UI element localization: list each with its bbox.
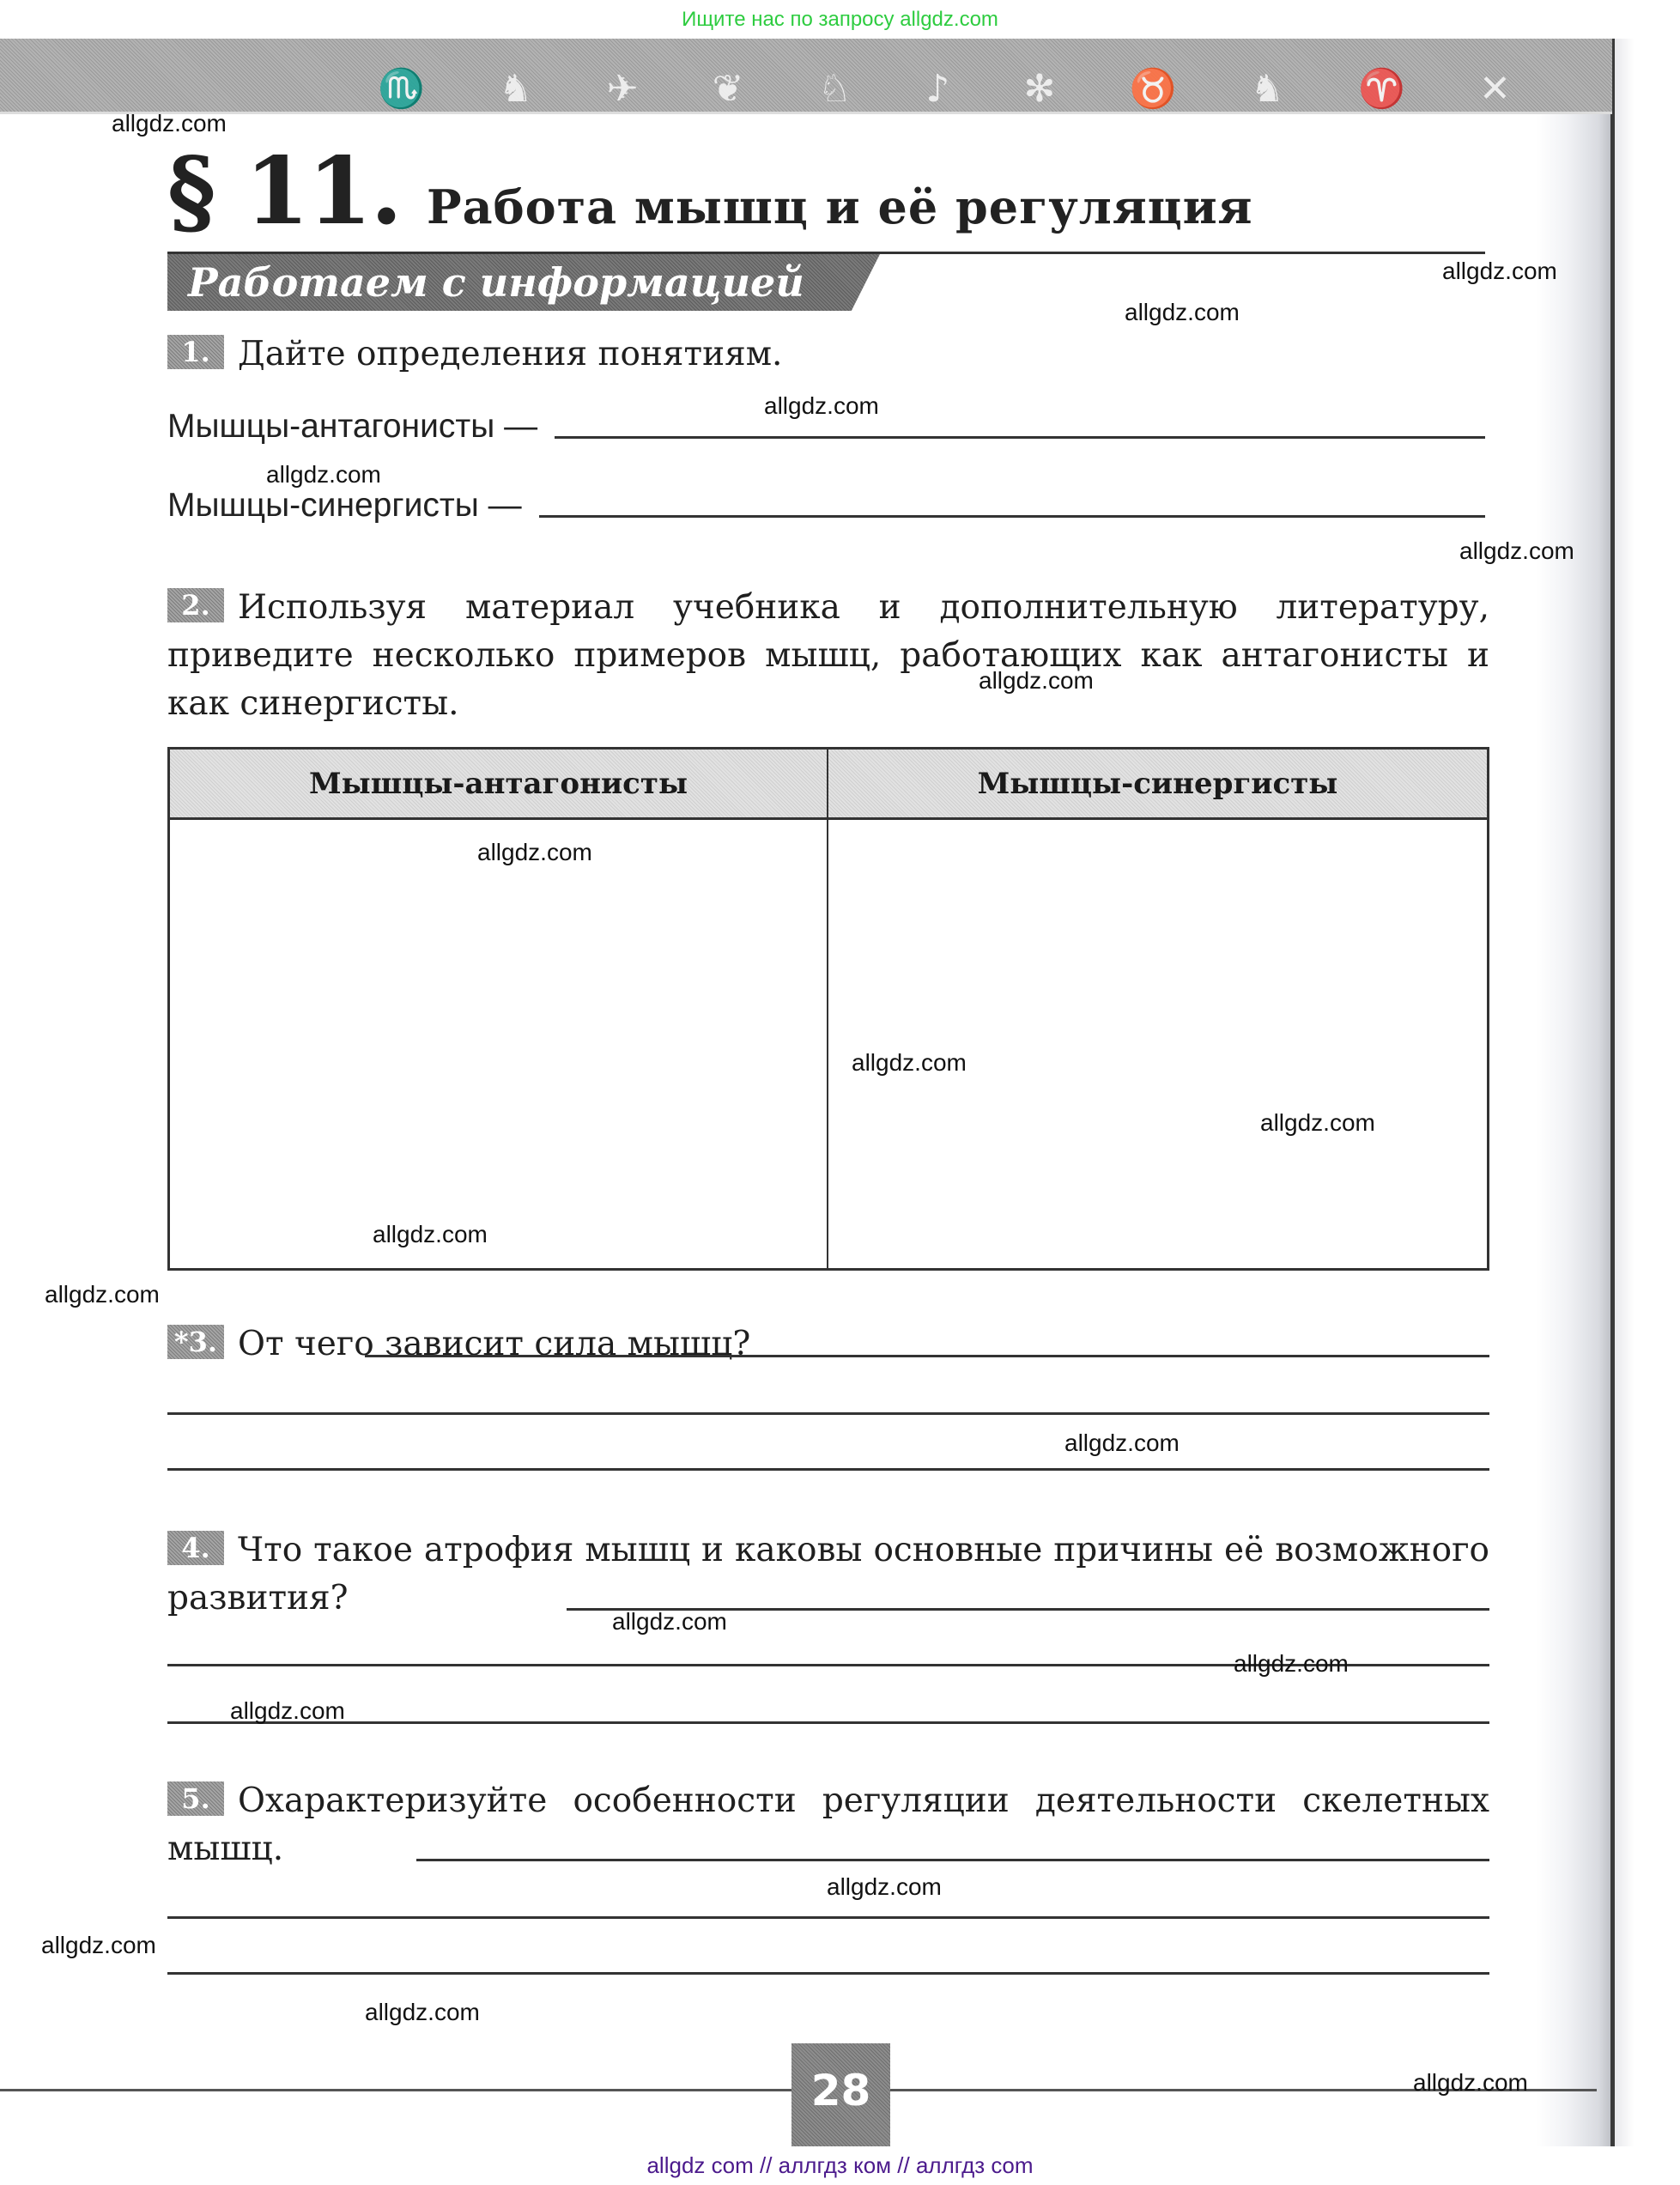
watermark: allgdz.com [41,1932,156,1959]
animal-icon: ♘ [818,70,852,108]
task-2-text: Используя материал учебника и дополнител… [167,588,1489,723]
cat-icon: ♞ [1250,70,1283,108]
task-3-answer-line-3[interactable] [167,1468,1489,1471]
section-label: Работаем с информацией [167,254,880,311]
task-3-answer-line-2[interactable] [167,1412,1489,1415]
watermark: allgdz.com [477,839,592,866]
task-1-text: Дайте определения понятиям. [238,335,782,373]
watermark: allgdz.com [1413,2069,1528,2097]
definition-synergists: Мышцы-синергисты — [167,487,1485,525]
watermark: allgdz.com [1459,537,1574,565]
task-4-text: Что такое атрофия мышц и каковы основные… [167,1531,1489,1618]
watermark: allgdz.com [612,1608,727,1636]
task-2: 2.Используя материал учебника и дополнит… [167,584,1489,728]
task-5-text: Охарактеризуйте особенности регуляции де… [167,1781,1489,1868]
task-5-answer-line-2[interactable] [167,1916,1489,1919]
task-1-badge: 1. [167,335,224,369]
watermark: allgdz.com [112,110,227,137]
section-rule [167,252,1485,254]
top-banner-ad[interactable]: Ищите нас по запросу allgdz.com [0,0,1680,39]
task-2-badge: 2. [167,588,224,622]
watermark: allgdz.com [230,1697,345,1725]
antelope-icon: ♈ [1358,70,1405,108]
seahorse-icon: ♪ [925,70,949,108]
watermark: allgdz.com [266,461,381,489]
table-cell-antagonists[interactable] [170,820,828,1268]
watermark: allgdz.com [1260,1109,1375,1137]
bull-icon: ♉ [1130,70,1177,108]
task-4-badge: 4. [167,1531,224,1565]
table-header-synergists: Мышцы-синергисты [828,750,1487,820]
task-5-badge: 5. [167,1781,224,1816]
table-cell-synergists[interactable] [828,820,1487,1268]
watermark: allgdz.com [365,1999,480,2026]
fish-icon: ❦ [713,70,744,108]
definition-term: Мышцы-синергисты — [167,487,522,525]
answer-line-synergists[interactable] [539,515,1485,518]
watermark: allgdz.com [373,1221,488,1248]
animal-silhouettes: ♏ ♞ ✈ ❦ ♘ ♪ ✻ ♉ ♞ ♈ ✕ [378,48,1511,108]
watermark: allgdz.com [852,1049,967,1077]
definition-term: Мышцы-антагонисты — [167,408,537,446]
bird-icon: ✈ [607,70,639,108]
scorpion-icon: ♏ [378,70,425,108]
insect-icon: ✻ [1023,70,1055,108]
right-page-edge [1615,39,1680,2146]
watermark: allgdz.com [45,1281,160,1308]
chapter-number: § 11. [167,137,401,246]
butterfly-icon: ✕ [1479,70,1511,108]
watermark: allgdz.com [1064,1429,1180,1457]
watermark: allgdz.com [979,667,1094,695]
page-number: 28 [791,2043,890,2146]
watermark: allgdz.com [764,392,879,420]
task-1: 1.Дайте определения понятиям. [167,331,1489,379]
chapter-heading: § 11. Работа мышц и её регуляция [167,137,1253,246]
task-3: *3.От чего зависит сила мышц? [167,1320,1489,1369]
watermark: allgdz.com [1234,1650,1349,1678]
answer-line-antagonists[interactable] [555,436,1485,439]
watermark: allgdz.com [827,1873,942,1901]
watermark: allgdz.com [1125,299,1240,326]
task-3-badge: *3. [167,1325,224,1359]
chapter-title: Работа мышц и её регуляция [427,179,1253,234]
task-3-answer-line-1[interactable] [365,1355,1489,1357]
muscle-examples-table: Мышцы-антагонисты Мышцы-синергисты [167,747,1489,1271]
book-spine-shadow [1537,39,1614,2146]
watermark: allgdz.com [1442,258,1557,285]
horse-icon: ♞ [499,70,532,108]
bottom-banner-ad[interactable]: allgdz com // аллгдз ком // аллгдз com [0,2146,1680,2185]
task-5-answer-line-1[interactable] [416,1859,1489,1861]
task-4-answer-line-3[interactable] [167,1721,1489,1724]
task-3-text: От чего зависит сила мышц? [238,1325,750,1363]
table-header-antagonists: Мышцы-антагонисты [170,750,828,820]
task-5-answer-line-3[interactable] [167,1972,1489,1975]
